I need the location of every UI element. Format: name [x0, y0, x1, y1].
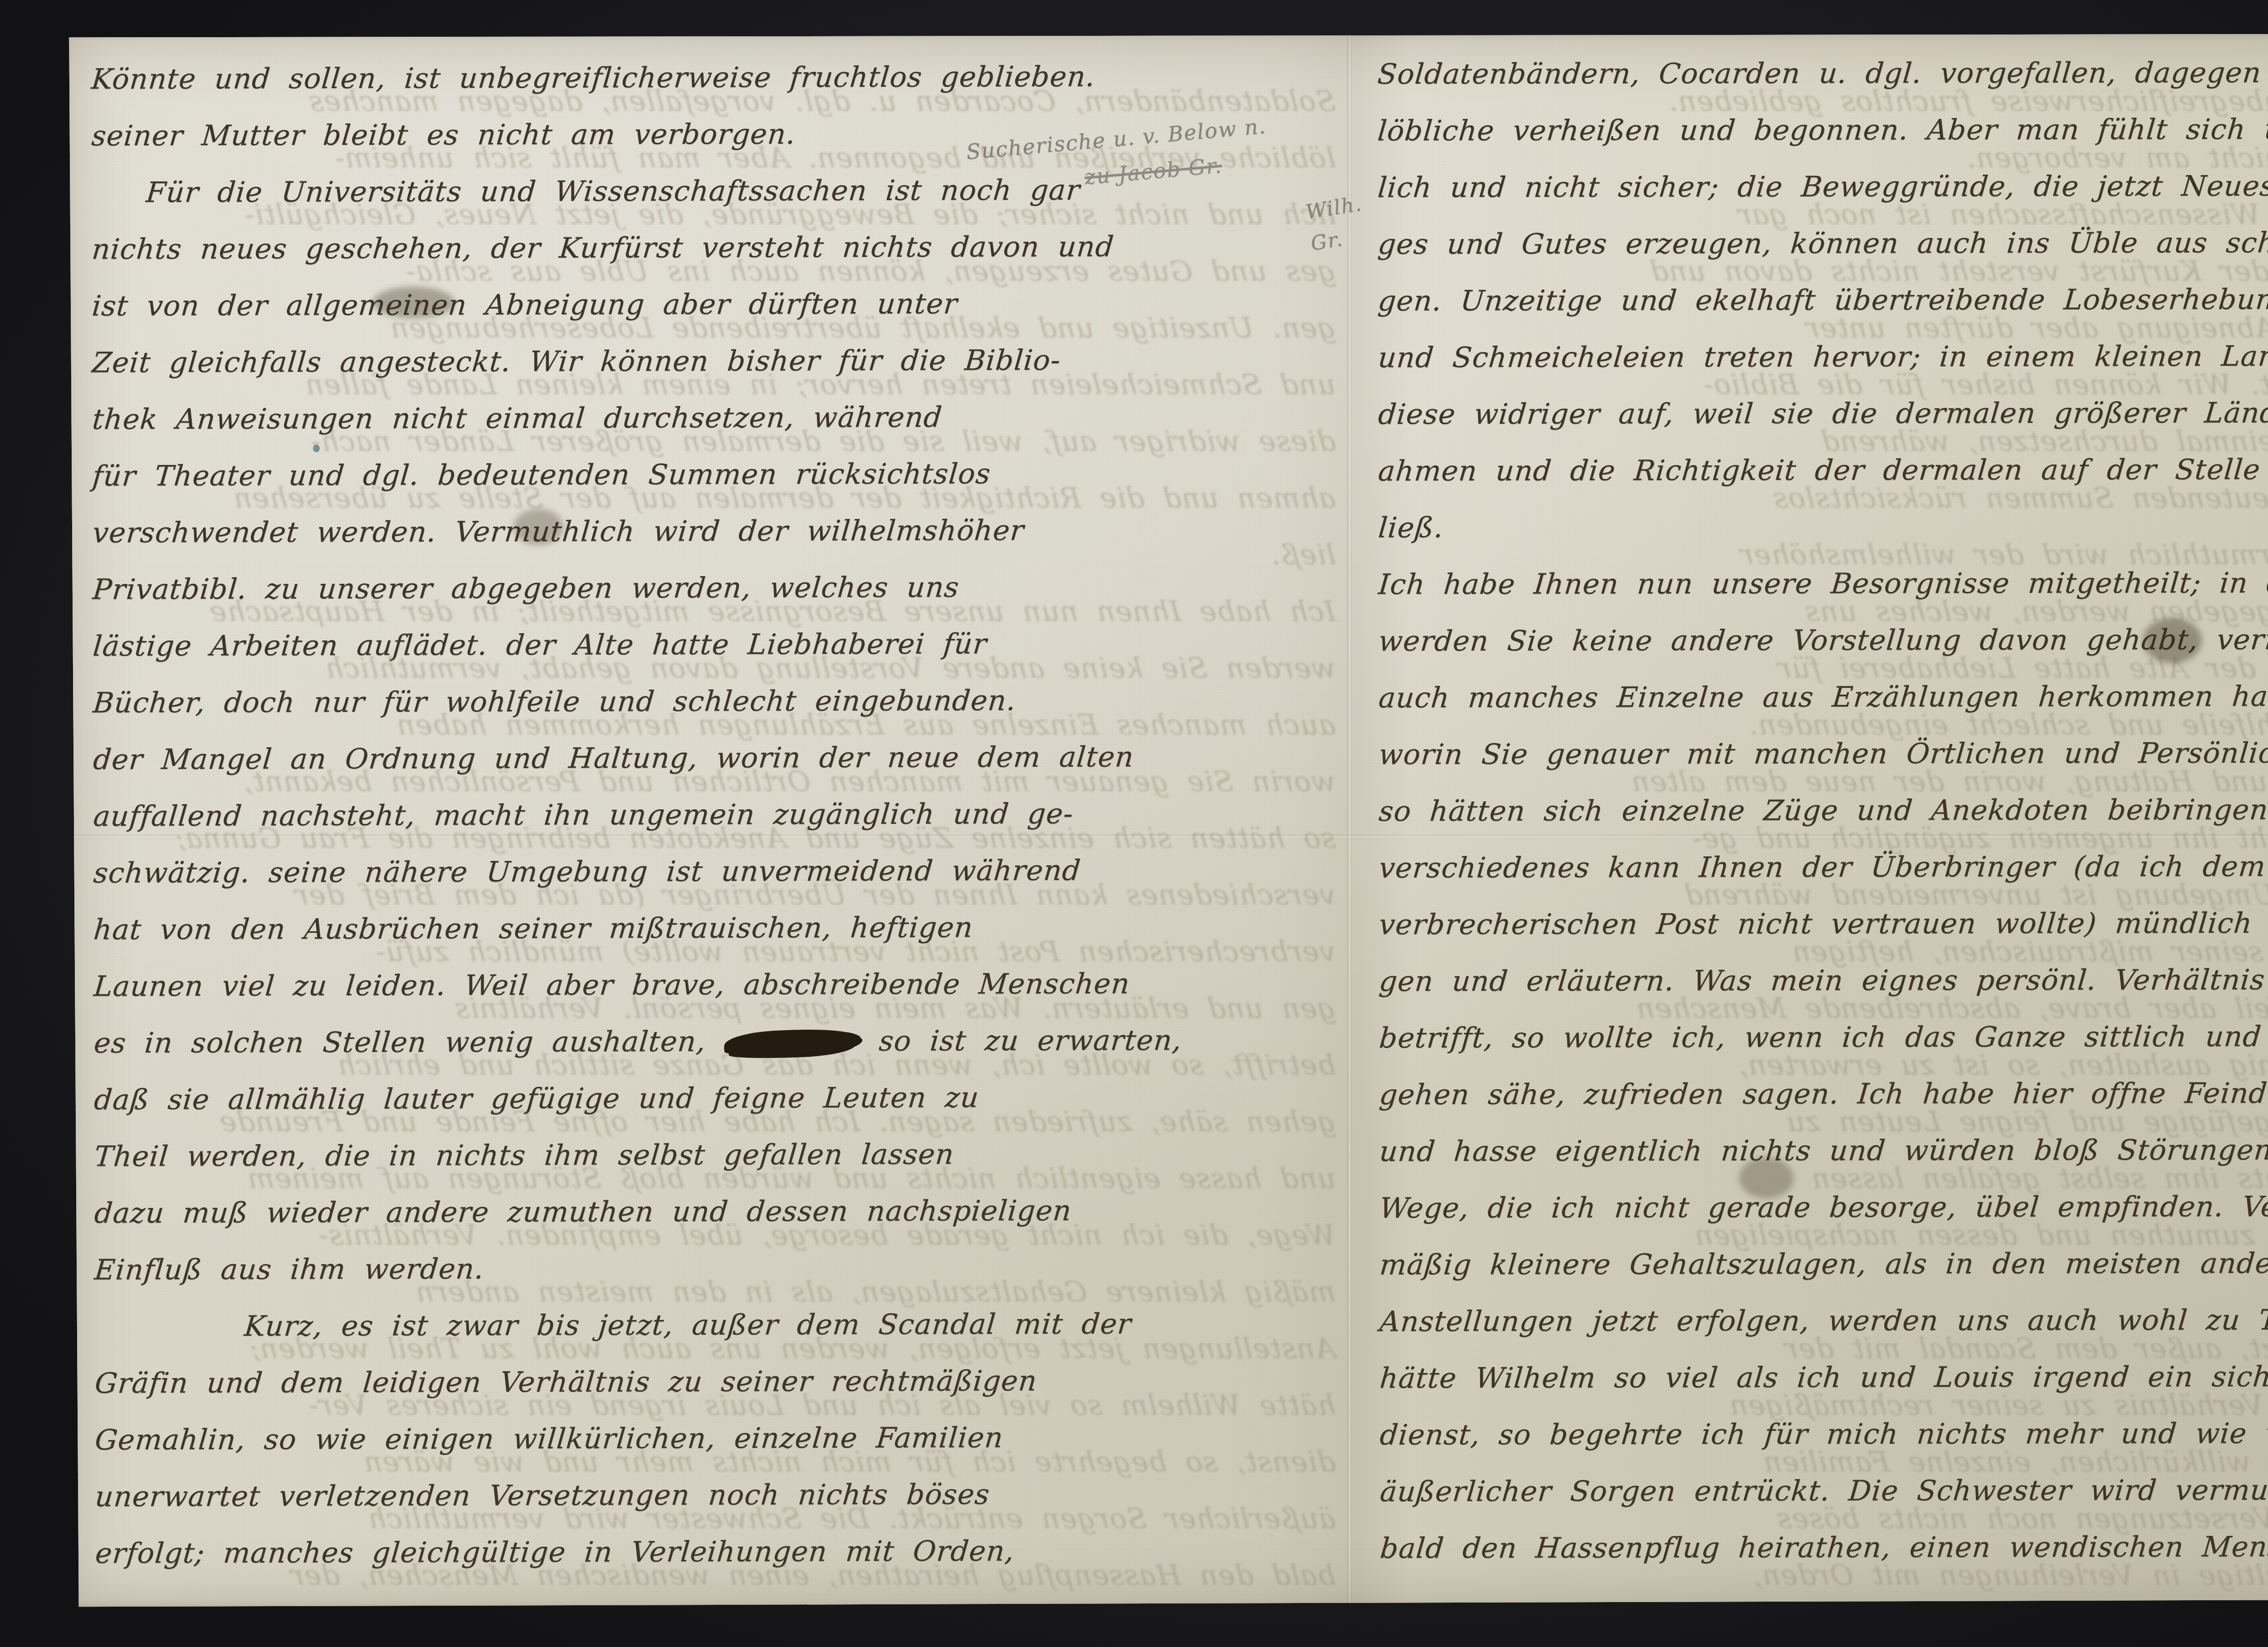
- handwritten-text: Theil werden, die in nichts ihm selbst g…: [93, 1138, 956, 1173]
- handwritten-line: Kurz, es ist zwar bis jetzt, außer dem S…: [93, 1295, 1340, 1354]
- handwritten-text: lästige Arbeiten auflädet. der Alte hatt…: [92, 627, 988, 662]
- handwritten-line: Könnte und sollen, ist unbegreiflicherwe…: [89, 47, 1337, 107]
- handwritten-text: diese widriger auf, weil sie die dermale…: [1377, 396, 2268, 430]
- handwritten-line: thek Anweisungen nicht einmal durchsetze…: [90, 387, 1338, 447]
- handwritten-text: Bücher, doch nur für wohlfeile und schle…: [92, 684, 1017, 719]
- handwritten-line: Soldatenbändern, Cocarden u. dgl. vorgef…: [1375, 44, 2268, 103]
- handwritten-line: verschwendet werden. Vermuthlich wird de…: [90, 501, 1338, 561]
- handwritten-text: unerwartet verletzenden Versetzungen noc…: [94, 1477, 991, 1513]
- handwritten-line: schwätzig. seine nähere Umgebung ist unv…: [91, 841, 1339, 901]
- handwritten-line: Zeit gleichfalls angesteckt. Wir können …: [90, 331, 1338, 391]
- handwritten-line: lästige Arbeiten auflädet. der Alte hatt…: [91, 614, 1339, 674]
- handwritten-text: betrifft, so wollte ich, wenn ich das Ga…: [1378, 1020, 2268, 1055]
- handwritten-text: für Theater und dgl. bedeutenden Summen …: [91, 457, 992, 492]
- handwritten-line: mäßig kleinere Gehaltszulagen, als in de…: [1377, 1234, 2268, 1293]
- handwritten-line: daß sie allmählig lauter gefügige und fe…: [92, 1068, 1339, 1128]
- handwritten-text: ges und Gutes erzeugen, können auch ins …: [1377, 226, 2268, 261]
- ink-dot-teal: [313, 445, 320, 452]
- handwritten-line: gen. Unzeitige und ekelhaft übertreibend…: [1376, 270, 2268, 329]
- handwritten-text: Könnte und sollen, ist unbegreiflicherwe…: [90, 60, 1097, 96]
- handwritten-text: äußerlicher Sorgen entrückt. Die Schwest…: [1378, 1473, 2268, 1508]
- handwritten-line: hat von den Ausbrüchen seiner mißtrauisc…: [91, 898, 1339, 958]
- handwritten-line: Wege, die ich nicht gerade besorge, übel…: [1377, 1178, 2268, 1236]
- handwritten-line: so hätten sich einzelne Züge und Anekdot…: [1377, 781, 2268, 840]
- handwritten-text: dazu muß wieder andere zumuthen und dess…: [93, 1194, 1073, 1230]
- handwritten-line: dazu muß wieder andere zumuthen und dess…: [92, 1181, 1340, 1241]
- handwritten-line: unerwartet verletzenden Versetzungen noc…: [93, 1465, 1341, 1525]
- handwritten-text: thek Anweisungen nicht einmal durchsetze…: [91, 401, 944, 436]
- handwritten-line: hätte Wilhelm so viel als ich und Louis …: [1378, 1348, 2268, 1407]
- handwritten-text: bald den Hassenpflug heirathen, einen we…: [1379, 1530, 2268, 1564]
- handwritten-text: Kurz, es ist zwar bis jetzt, außer dem S…: [243, 1307, 1133, 1343]
- letter-sheet: Soldatenbändern, Cocarden u. dgl. vorgef…: [64, 33, 2268, 1608]
- handwritten-text: und hasse eigentlich nichts und würden b…: [1378, 1133, 2268, 1168]
- handwritten-line: auch manches Einzelne aus Erzählungen he…: [1376, 667, 2268, 726]
- handwritten-text: daß sie allmählig lauter gefügige und fe…: [93, 1080, 981, 1116]
- handwritten-text: ahmen und die Richtigkeit der dermalen a…: [1377, 452, 2268, 487]
- handwritten-line: dienst, so begehrte ich für mich nichts …: [1378, 1404, 2268, 1463]
- handwritten-text: Gräfin und dem leidigen Verhältnis zu se…: [93, 1364, 1038, 1399]
- handwritten-text: Anstellungen jetzt erfolgen, werden uns …: [1378, 1303, 2268, 1338]
- handwritten-text: mäßig kleinere Gehaltszulagen, als in de…: [1378, 1246, 2268, 1281]
- handwritten-line: löbliche verheißen und begonnen. Aber ma…: [1375, 100, 2268, 159]
- handwritten-line: der Mangel an Ordnung und Haltung, worin…: [91, 728, 1339, 787]
- handwriting-left-page: Könnte und sollen, ist unbegreiflicherwe…: [92, 47, 1339, 1581]
- handwritten-line: Launen viel zu leiden. Weil aber brave, …: [92, 954, 1339, 1014]
- handwritten-line: verbrecherischen Post nicht vertrauen wo…: [1377, 894, 2268, 953]
- handwritten-text: Einfluß aus ihm werden.: [93, 1252, 486, 1286]
- handwritten-text: Gemahlin, so wie einigen willkürlichen, …: [94, 1421, 1005, 1456]
- handwritten-text: Ich habe Ihnen nun unsere Besorgnisse mi…: [1377, 566, 2268, 601]
- handwritten-text: so ist zu erwarten,: [859, 1023, 1183, 1057]
- handwritten-line: Gräfin und dem leidigen Verhältnis zu se…: [93, 1351, 1340, 1411]
- handwritten-text: es in solchen Stellen wenig aushalten,: [93, 1025, 726, 1060]
- letter-page-right: Könnte und sollen, ist unbegreiflicherwe…: [1349, 33, 2268, 1608]
- handwritten-line: es in solchen Stellen wenig aushalten, s…: [92, 1011, 1339, 1071]
- handwritten-text: Privatbibl. zu unserer abgegeben werden,…: [92, 571, 961, 606]
- handwritten-text: nichts neues geschehen, der Kurfürst ver…: [91, 230, 1115, 266]
- handwritten-text: verschiedenes kann Ihnen der Überbringer…: [1378, 849, 2268, 884]
- handwritten-text: Wege, die ich nicht gerade besorge, übel…: [1378, 1190, 2268, 1225]
- handwritten-line: Gemahlin, so wie einigen willkürlichen, …: [93, 1408, 1340, 1468]
- handwritten-line: Anstellungen jetzt erfolgen, werden uns …: [1378, 1291, 2268, 1350]
- handwritten-text: Launen viel zu leiden. Weil aber brave, …: [93, 967, 1131, 1003]
- handwritten-text: hätte Wilhelm so viel als ich und Louis …: [1378, 1359, 2268, 1394]
- handwritten-text: dienst, so begehrte ich für mich nichts …: [1378, 1417, 2268, 1452]
- handwritten-text: verschwendet werden. Vermuthlich wird de…: [91, 513, 1026, 549]
- handwritten-line: worin Sie genauer mit manchen Örtlichen …: [1376, 724, 2268, 783]
- handwritten-line: ist von der allgemeinen Abneigung aber d…: [90, 274, 1338, 334]
- handwritten-line: ließ.: [1376, 497, 2268, 556]
- handwritten-text: gen. Unzeitige und ekelhaft übertreibend…: [1377, 283, 2268, 318]
- handwritten-text: Soldatenbändern, Cocarden u. dgl. vorgef…: [1376, 55, 2268, 90]
- handwritten-line: Theil werden, die in nichts ihm selbst g…: [92, 1124, 1340, 1184]
- handwritten-line: ahmen und die Richtigkeit der dermalen a…: [1376, 440, 2268, 499]
- handwritten-text: ließ.: [1377, 511, 1445, 544]
- handwritten-line: werden Sie keine andere Vorstellung davo…: [1376, 611, 2268, 670]
- handwritten-text: gehen sähe, zufrieden sagen. Ich habe hi…: [1378, 1076, 2268, 1111]
- ink-blot-redaction: [723, 1027, 861, 1059]
- handwritten-line: Ich habe Ihnen nun unsere Besorgnisse mi…: [1376, 554, 2268, 613]
- handwritten-line: Einfluß aus ihm werden.: [92, 1238, 1340, 1298]
- handwritten-text: so hätten sich einzelne Züge und Anekdot…: [1378, 793, 2268, 828]
- handwritten-text: worin Sie genauer mit manchen Örtlichen …: [1378, 736, 2268, 771]
- handwritten-line: Privatbibl. zu unserer abgegeben werden,…: [90, 557, 1338, 617]
- handwritten-text: Für die Universitäts und Wissenschaftssa…: [145, 173, 1081, 209]
- handwritten-line: ges und Gutes erzeugen, können auch ins …: [1375, 214, 2268, 273]
- handwritten-line: verschiedenes kann Ihnen der Überbringer…: [1377, 837, 2268, 896]
- handwritten-line: gen und erläutern. Was mein eignes persö…: [1377, 951, 2268, 1010]
- handwritten-line: äußerlicher Sorgen entrückt. Die Schwest…: [1378, 1461, 2268, 1520]
- handwritten-text: werden Sie keine andere Vorstellung davo…: [1377, 623, 2268, 658]
- letter-page-left: Soldatenbändern, Cocarden u. dgl. vorgef…: [64, 33, 1349, 1608]
- handwritten-text: seiner Mutter bleibt es nicht am verborg…: [90, 117, 797, 152]
- scan-backdrop: Soldatenbändern, Cocarden u. dgl. vorgef…: [0, 0, 2268, 1647]
- handwritten-text: gen und erläutern. Was mein eignes persö…: [1378, 963, 2267, 997]
- handwritten-text: auch manches Einzelne aus Erzählungen he…: [1377, 679, 2268, 714]
- handwritten-text: der Mangel an Ordnung und Haltung, worin…: [92, 740, 1135, 776]
- handwritten-line: und Schmeicheleien treten hervor; in ein…: [1376, 327, 2268, 386]
- handwritten-text: auffallend nachsteht, macht ihn ungemein…: [92, 797, 1075, 833]
- pencil-initials-annotation: Wilh. Gr.: [1304, 188, 1369, 260]
- handwritten-text: ist von der allgemeinen Abneigung aber d…: [91, 287, 959, 323]
- handwritten-line: gehen sähe, zufrieden sagen. Ich habe hi…: [1377, 1064, 2268, 1123]
- handwritten-text: schwätzig. seine nähere Umgebung ist unv…: [92, 854, 1082, 889]
- handwritten-line: für Theater und dgl. bedeutenden Summen …: [90, 444, 1338, 504]
- handwritten-line: Bücher, doch nur für wohlfeile und schle…: [91, 671, 1339, 731]
- handwritten-text: lich und nicht sicher; die Beweggründe, …: [1376, 169, 2268, 204]
- handwritten-line: diese widriger auf, weil sie die dermale…: [1376, 384, 2268, 443]
- handwritten-text: Zeit gleichfalls angesteckt. Wir können …: [91, 343, 1062, 379]
- handwritten-line: lich und nicht sicher; die Beweggründe, …: [1375, 157, 2268, 216]
- handwritten-line: auffallend nachsteht, macht ihn ungemein…: [91, 784, 1339, 844]
- handwritten-line: und hasse eigentlich nichts und würden b…: [1377, 1121, 2268, 1180]
- handwritten-text: erfolgt; manches gleichgültige in Verlei…: [94, 1534, 1016, 1569]
- handwritten-line: erfolgt; manches gleichgültige in Verlei…: [93, 1521, 1341, 1581]
- handwritten-text: und Schmeicheleien treten hervor; in ein…: [1377, 339, 2268, 374]
- handwritten-line: betrifft, so wollte ich, wenn ich das Ga…: [1377, 1007, 2268, 1066]
- handwritten-line: nichts neues geschehen, der Kurfürst ver…: [89, 217, 1337, 277]
- handwritten-text: verbrecherischen Post nicht vertrauen wo…: [1378, 906, 2268, 941]
- handwritten-text: löbliche verheißen und begonnen. Aber ma…: [1376, 112, 2268, 147]
- handwritten-text: hat von den Ausbrüchen seiner mißtrauisc…: [93, 911, 975, 946]
- handwritten-line: bald den Hassenpflug heirathen, einen we…: [1378, 1518, 2268, 1577]
- handwriting-right-page: Soldatenbändern, Cocarden u. dgl. vorgef…: [1378, 44, 2268, 1577]
